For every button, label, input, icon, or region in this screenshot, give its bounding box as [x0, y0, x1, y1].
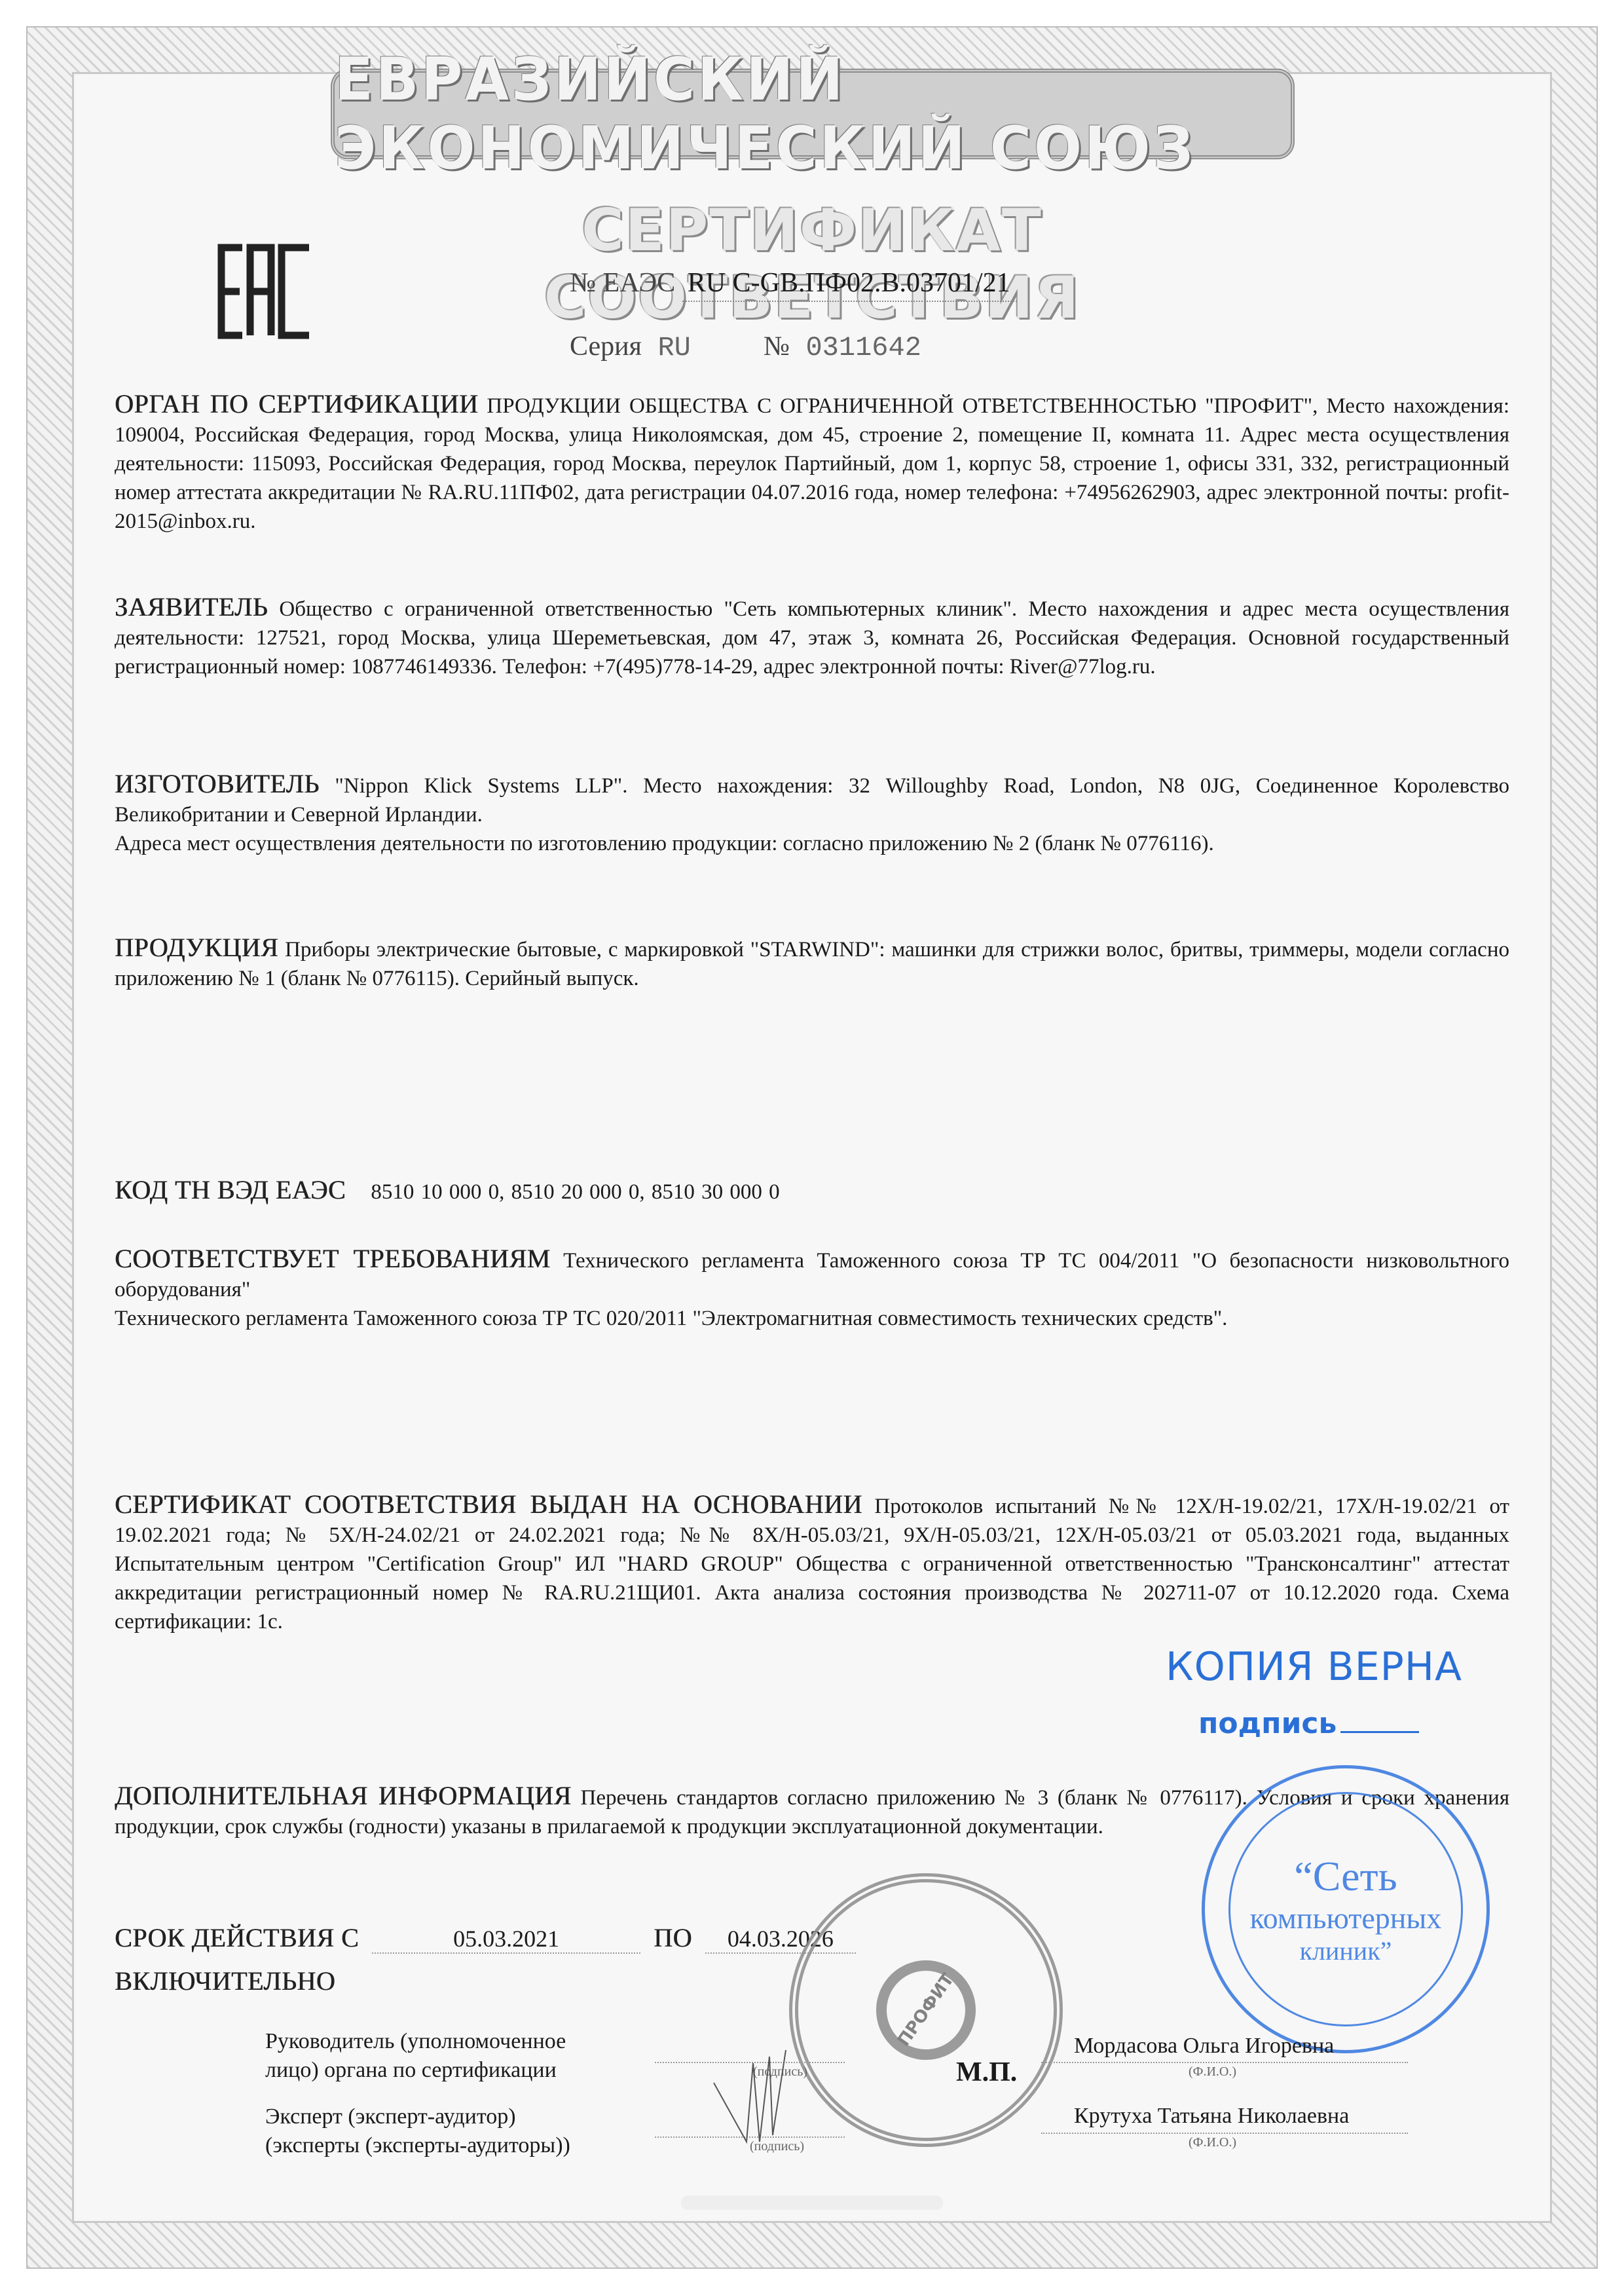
- head-name-line: [1041, 2062, 1408, 2063]
- valid-from-date: 05.03.2021: [372, 1925, 640, 1954]
- expert-label: Эксперт (эксперт-аудитор) (эксперты (экс…: [265, 2102, 570, 2160]
- head-fio-caption: (Ф.И.О.): [1189, 2064, 1236, 2080]
- series-line: Серия RU № 0311642: [570, 331, 921, 364]
- section-certification-body: ОРГАН ПО СЕРТИФИКАЦИИ ПРОДУКЦИИ ОБЩЕСТВА…: [115, 390, 1509, 536]
- expert-name: Крутуха Татьяна Николаевна: [1074, 2104, 1349, 2129]
- union-banner: ЕВРАЗИЙСКИЙ ЭКОНОМИЧЕСКИЙ СОЮЗ: [331, 69, 1295, 160]
- head-name: Мордасова Ольга Игоревна: [1074, 2034, 1334, 2059]
- certificate-title: СЕРТИФИКАТ СООТВЕТСТВИЯ: [452, 196, 1172, 331]
- expert-name-line: [1041, 2133, 1408, 2134]
- applicant-seal: “Сеть компьютерных клиник”: [1202, 1765, 1490, 2053]
- expert-fio-caption: (Ф.И.О.): [1189, 2135, 1236, 2150]
- series-value: RU: [657, 332, 690, 364]
- eac-logo-icon: [216, 242, 314, 341]
- section-requirements: СООТВЕТСТВУЕТ ТРЕБОВАНИЯМ Технического р…: [115, 1244, 1509, 1333]
- validity-period: СРОК ДЕЙСТВИЯ С 05.03.2021 ПО 04.03.2026…: [115, 1922, 856, 1996]
- section-manufacturer: ИЗГОТОВИТЕЛЬ "Nippon Klick Systems LLP".…: [115, 770, 1509, 858]
- head-label: Руководитель (уполномоченное лицо) орган…: [265, 2027, 566, 2085]
- registration-value: RU C-GB.ПФ02.В.03701/21: [682, 268, 1017, 302]
- registration-number: № ЕАЭС RU C-GB.ПФ02.В.03701/21: [570, 267, 1017, 299]
- signature-icon: [707, 2043, 799, 2155]
- certification-body-seal: ПРОФИТ: [789, 1873, 1063, 2147]
- section-product: ПРОДУКЦИЯ Приборы электрические бытовые,…: [115, 933, 1509, 993]
- copy-verified-stamp: КОПИЯ ВЕРНА подпись: [1166, 1644, 1462, 1740]
- seal-mark: М.П.: [956, 2057, 1017, 2088]
- blank-number: 0311642: [805, 332, 921, 364]
- section-applicant: ЗАЯВИТЕЛЬ Общество с ограниченной ответс…: [115, 593, 1509, 681]
- section-basis: СЕРТИФИКАТ СООТВЕТСТВИЯ ВЫДАН НА ОСНОВАН…: [115, 1490, 1509, 1636]
- printer-imprint: [681, 2195, 943, 2210]
- section-hs-code: КОД ТН ВЭД ЕАЭС 8510 10 000 0, 8510 20 0…: [115, 1176, 1509, 1206]
